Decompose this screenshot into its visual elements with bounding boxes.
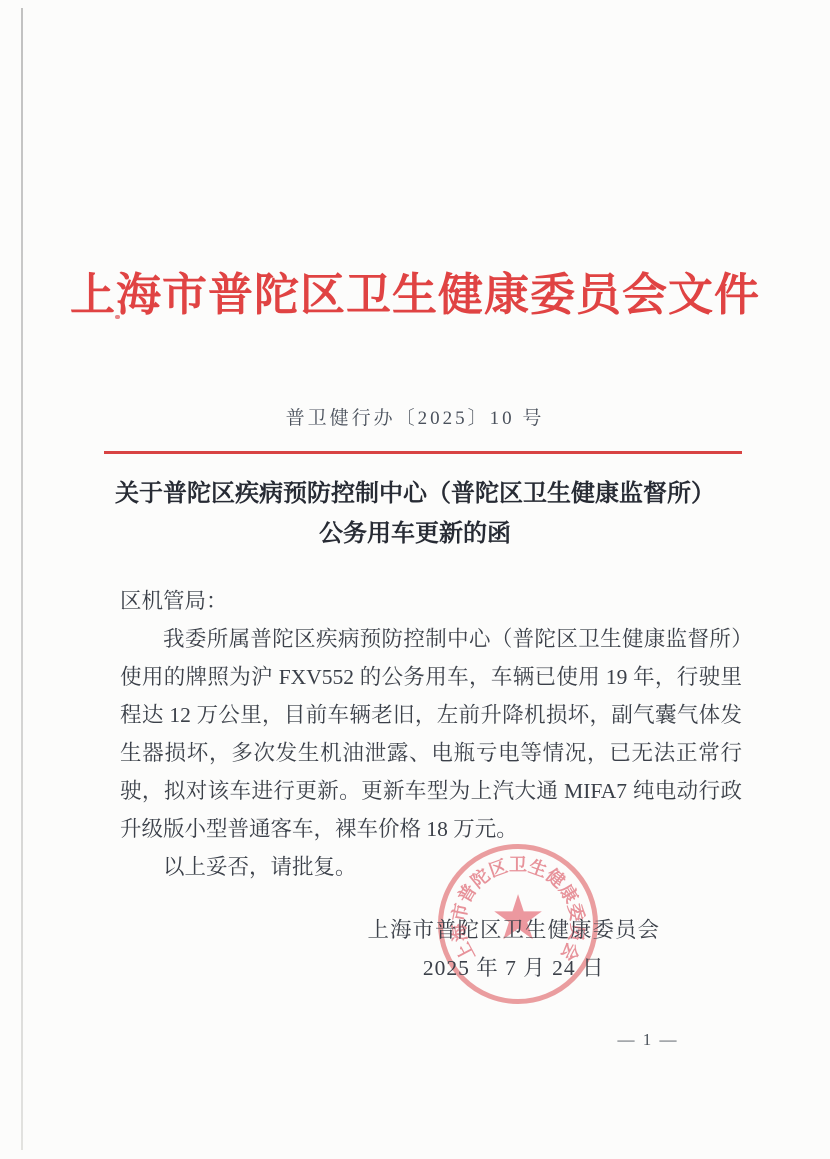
closing-line: 以上妥否，请批复。 [120, 848, 742, 886]
scanned-document-page: 上海市普陀区卫生健康委员会文件 普卫健行办〔2025〕10 号 关于普陀区疾病预… [0, 0, 830, 1159]
scan-edge-line [21, 8, 23, 1150]
document-reference-number: 普卫健行办〔2025〕10 号 [0, 403, 830, 430]
signature-date: 2025 年 7 月 24 日 [367, 949, 660, 987]
document-title-line1: 关于普陀区疾病预防控制中心（普陀区卫生健康监督所） [65, 474, 765, 514]
body-paragraph: 我委所属普陀区疾病预防控制中心（普陀区卫生健康监督所）使用的牌照为沪 FXV55… [120, 620, 742, 848]
document-title-line2: 公务用车更新的函 [65, 514, 765, 554]
issuing-org-title: 上海市普陀区卫生健康委员会文件 [0, 258, 830, 323]
document-title: 关于普陀区疾病预防控制中心（普陀区卫生健康监督所） 公务用车更新的函 [65, 474, 765, 554]
signature-block: 上海市普陀区卫生健康委员会 2025 年 7 月 24 日 [367, 911, 660, 987]
red-divider-line [104, 451, 742, 454]
document-body: 区机管局： 我委所属普陀区疾病预防控制中心（普陀区卫生健康监督所）使用的牌照为沪… [120, 582, 742, 886]
salutation: 区机管局： [120, 582, 742, 620]
page-number: — 1 — [598, 1030, 698, 1050]
signature-org-name: 上海市普陀区卫生健康委员会 [367, 911, 660, 949]
